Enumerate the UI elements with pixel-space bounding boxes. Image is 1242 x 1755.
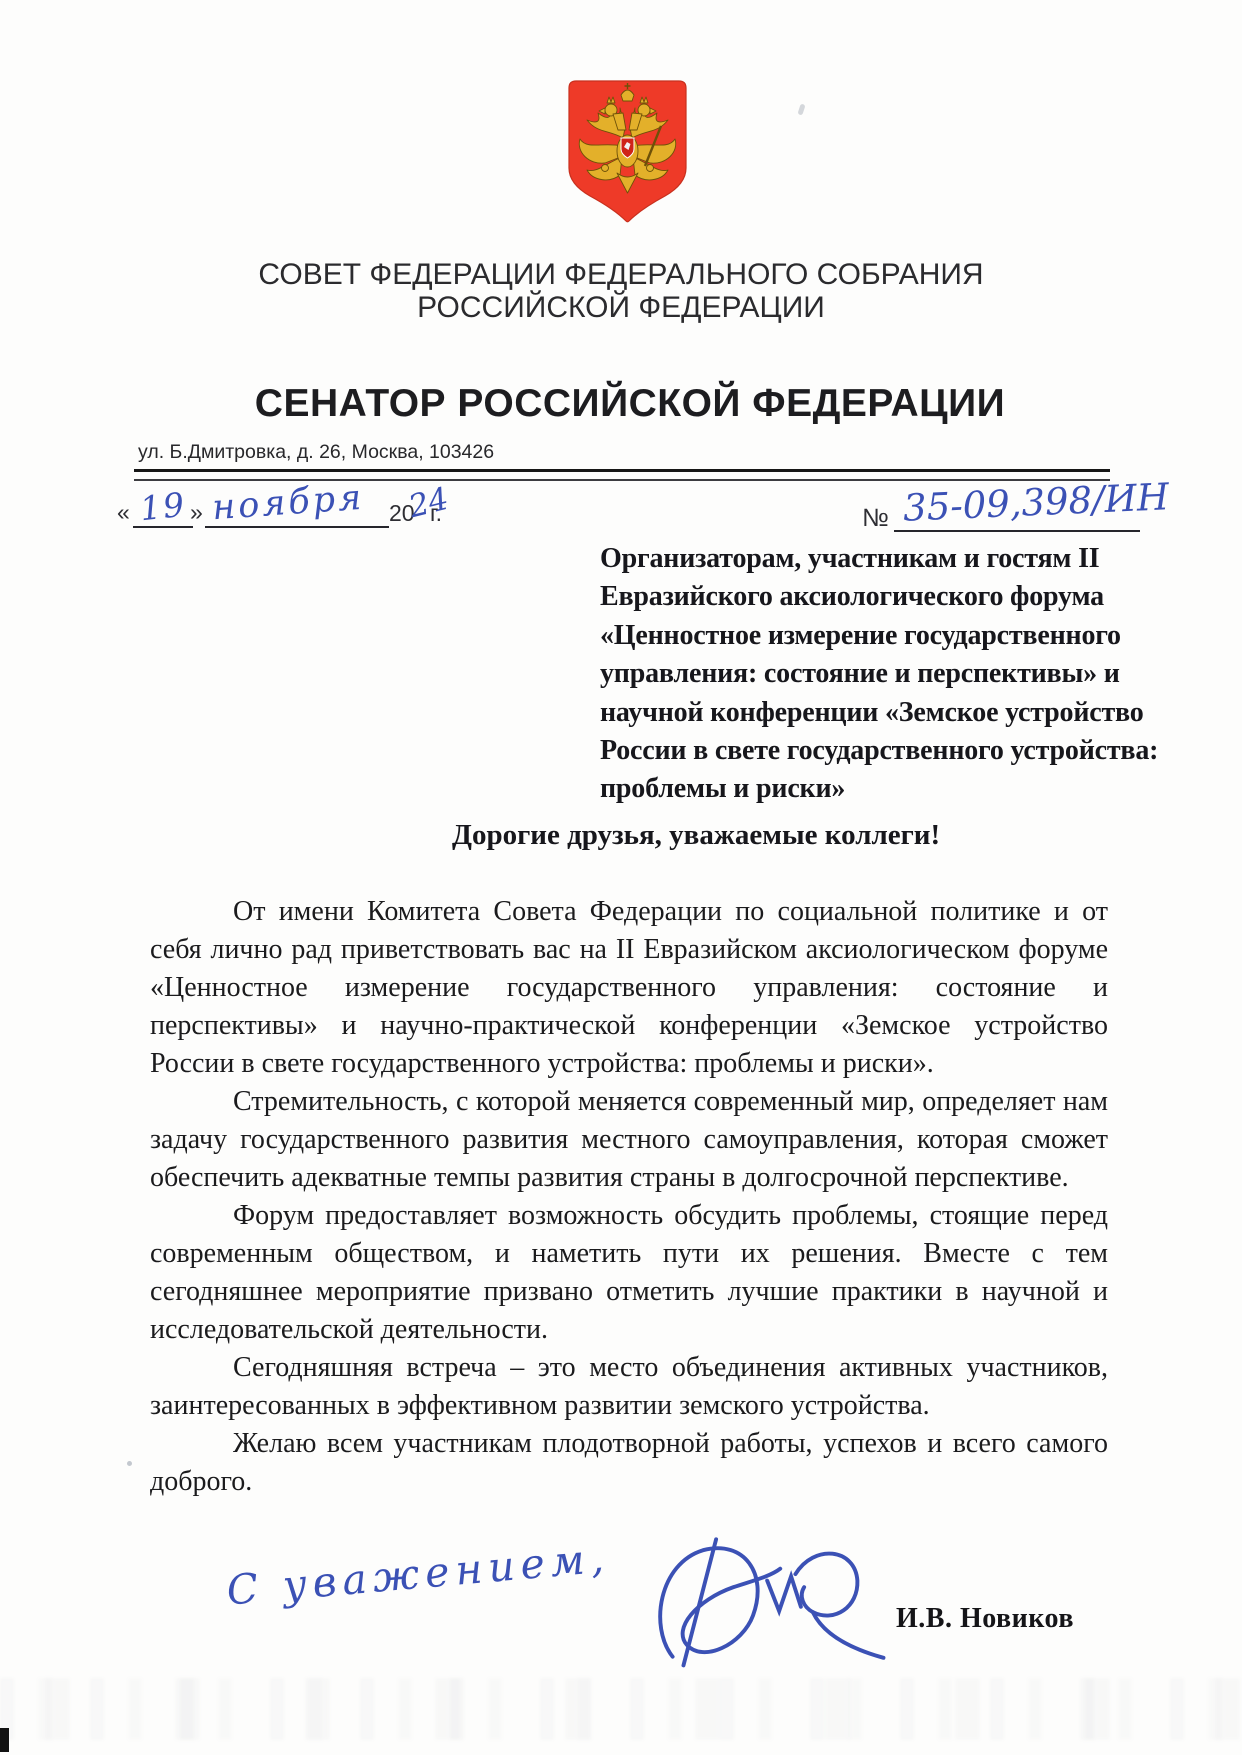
body-paragraph: Сегодняшняя встреча – это место объедине…: [150, 1349, 1108, 1425]
addressee-line: России в свете государственного устройст…: [600, 732, 1158, 770]
scan-speck: [127, 1461, 132, 1466]
salutation: Дорогие друзья, уважаемые коллеги!: [452, 819, 940, 852]
addressee-line: управления: состояние и перспективы» и: [600, 655, 1158, 693]
body-paragraph: Желаю всем участникам плодотворной работ…: [150, 1425, 1108, 1501]
ref-number-handwritten: 35-09,398/ИН: [902, 475, 1170, 530]
addressee-line: «Ценностное измерение государственного: [600, 617, 1158, 655]
scan-bleed-through: [0, 1678, 1242, 1740]
date-month-handwritten: ноября: [211, 478, 366, 529]
letterhead-divider: [134, 469, 1110, 481]
date-month-underline: [205, 524, 389, 528]
date-suffix: г.: [430, 500, 442, 527]
addressee-line: Евразийского аксиологического форума: [600, 578, 1158, 616]
date-year-handwritten: 24: [405, 481, 452, 525]
org-name-line1: СОВЕТ ФЕДЕРАЦИИ ФЕДЕРАЛЬНОГО СОБРАНИЯ: [121, 258, 1121, 291]
body-paragraph: Стремительность, с которой меняется совр…: [150, 1083, 1108, 1197]
letter-body: От имени Комитета Совета Федерации по со…: [150, 893, 1108, 1501]
date-open-quote: «: [117, 499, 130, 526]
body-paragraph: Форум предоставляет возможность обсудить…: [150, 1197, 1108, 1349]
date-close-quote: »: [190, 499, 203, 526]
date-day-underline: [133, 524, 193, 528]
sender-address: ул. Б.Дмитровка, д. 26, Москва, 103426: [138, 441, 494, 464]
scan-speck: [797, 103, 805, 115]
scan-edge-artifact: [0, 1728, 9, 1752]
addressee-line: научной конференции «Земское устройство: [600, 694, 1158, 732]
letter-page: СОВЕТ ФЕДЕРАЦИИ ФЕДЕРАЛЬНОГО СОБРАНИЯ РО…: [0, 0, 1242, 1755]
signature-flourish: [640, 1534, 890, 1699]
closing-handwritten: С уважением,: [225, 1533, 612, 1614]
ref-number-label: №: [862, 504, 889, 533]
date-day-handwritten: 19: [138, 485, 188, 529]
signer-name: И.В. Новиков: [896, 1603, 1074, 1635]
org-name-line2: РОССИЙСКОЙ ФЕДЕРАЦИИ: [121, 291, 1121, 324]
addressee-line: проблемы и риски»: [600, 770, 1158, 808]
addressee-block: Организаторам, участникам и гостям II Ев…: [600, 540, 1158, 809]
sender-title: СЕНАТОР РОССИЙСКОЙ ФЕДЕРАЦИИ: [130, 382, 1130, 426]
body-paragraph: От имени Комитета Совета Федерации по со…: [150, 893, 1108, 1083]
coat-of-arms-russia-icon: [567, 80, 688, 223]
addressee-line: Организаторам, участникам и гостям II: [600, 540, 1158, 578]
